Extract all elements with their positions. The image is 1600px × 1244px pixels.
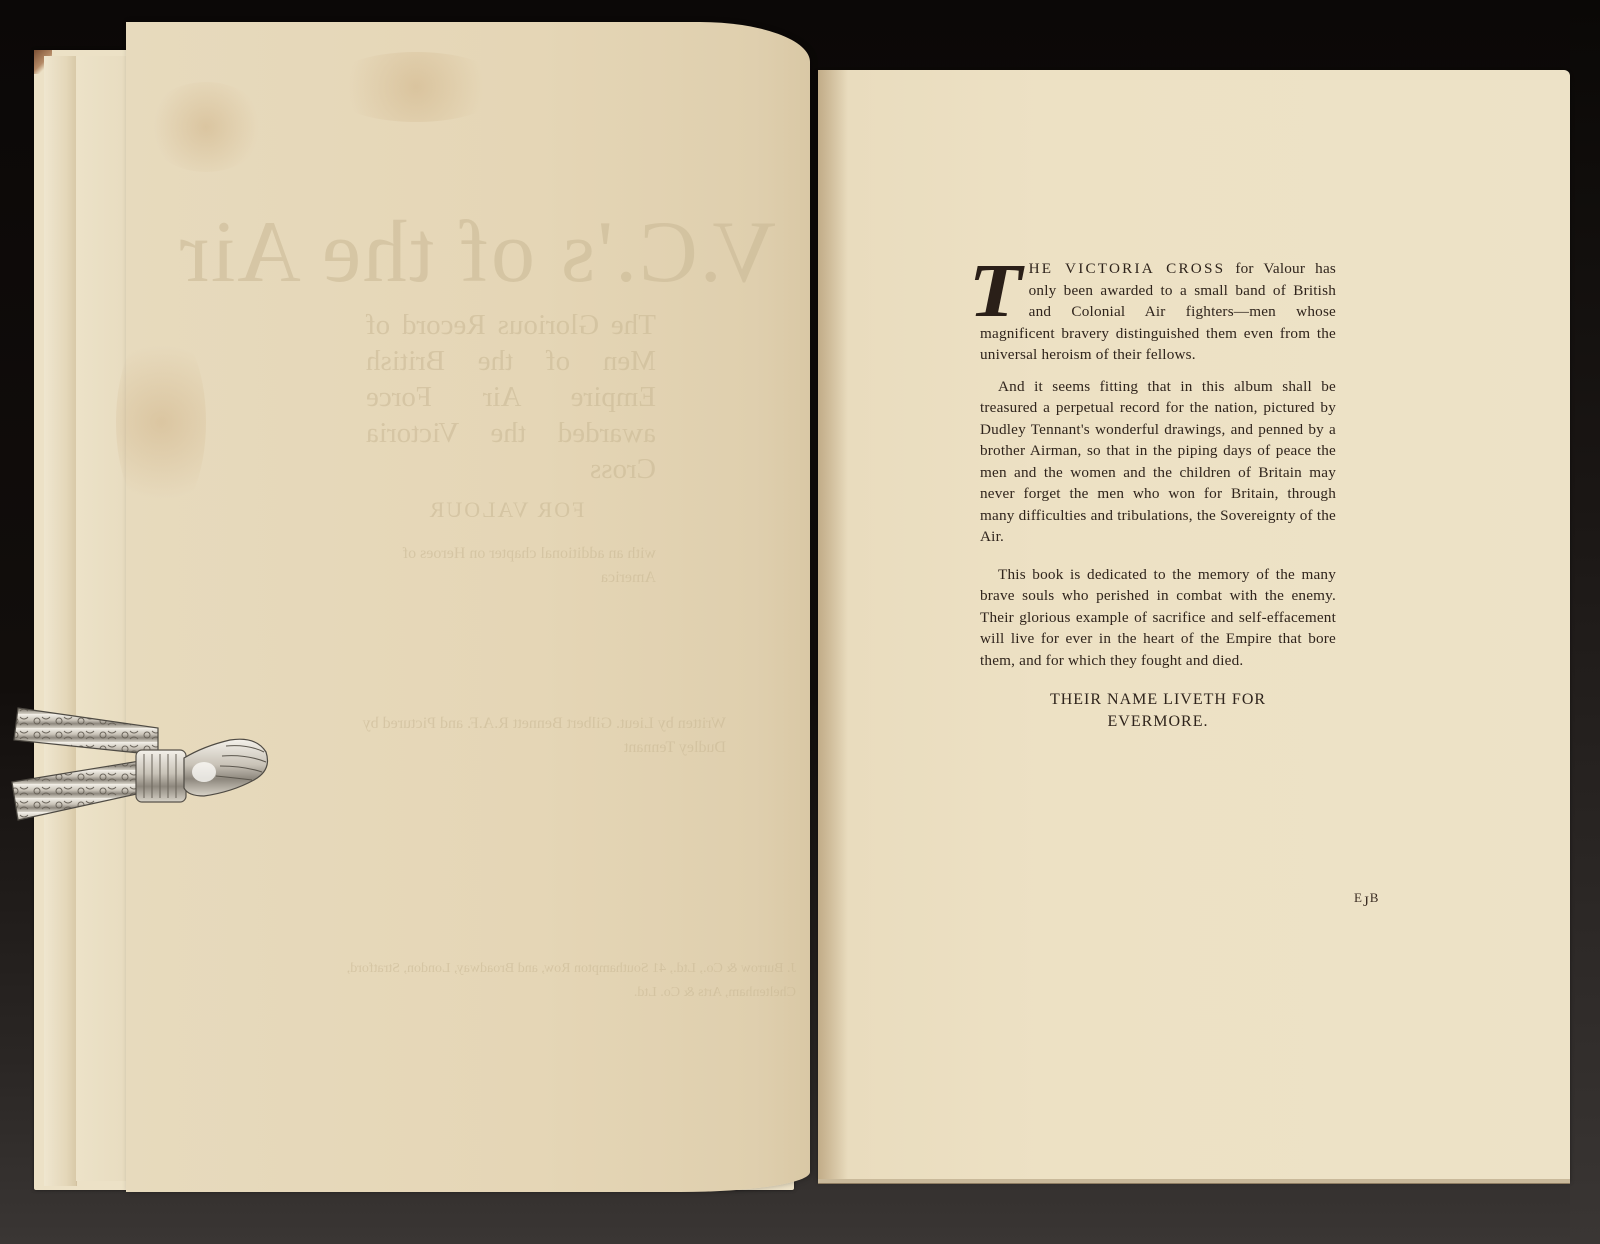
paragraph-dedication: This book is dedicated to the memory of …: [980, 564, 1336, 672]
monogram-j: J: [1363, 894, 1370, 910]
show-through-imprint: J. Burrow & Co., Ltd., 41 Southampton Ro…: [276, 957, 796, 1005]
show-through-subtitle: The Glorious Record of Men of the Britis…: [366, 307, 656, 487]
show-through-motto: FOR VALOUR: [416, 497, 596, 523]
page-edge: [818, 1179, 1570, 1184]
closing-motto: THEIR NAME LIVETH FOR EVERMORE.: [980, 689, 1336, 733]
show-through-title: V.C.'s of the Air: [256, 202, 776, 303]
show-through-author: Written by Lieut. Gilbert Bennett R.A.F.…: [326, 712, 726, 760]
flyleaf-edge: [44, 56, 77, 1186]
closing-line-2: EVERMORE.: [980, 711, 1336, 733]
dark-backdrop: [1570, 0, 1600, 1244]
monogram-e: E: [1354, 890, 1363, 905]
gutter-shadow: [818, 70, 848, 1180]
paragraph-intro: THE VICTORIA CROSS for Valour has only b…: [980, 258, 1336, 366]
closing-line-1: THEIR NAME LIVETH FOR: [980, 689, 1336, 711]
dedication-text: THE VICTORIA CROSS for Valour has only b…: [980, 258, 1336, 733]
foxing-stain: [116, 322, 206, 522]
monogram-b: B: [1370, 890, 1380, 905]
show-through-extra: with an additional chapter on Heroes of …: [386, 542, 656, 590]
right-page[interactable]: THE VICTORIA CROSS for Valour has only b…: [818, 70, 1570, 1180]
ejb-monogram: EJB: [1354, 890, 1379, 907]
left-page[interactable]: V.C.'s of the Air The Glorious Record of…: [126, 22, 810, 1192]
lead-caps: HE VICTORIA CROSS: [1029, 260, 1226, 277]
foxing-stain: [326, 52, 506, 122]
drop-cap: T: [969, 260, 1023, 322]
foxing-stain: [146, 82, 266, 172]
hand-bookmark-clip-icon[interactable]: [8, 700, 278, 835]
flyleaf-edge-inner: [76, 56, 127, 1181]
paragraph-album: And it seems fitting that in this album …: [980, 376, 1336, 548]
